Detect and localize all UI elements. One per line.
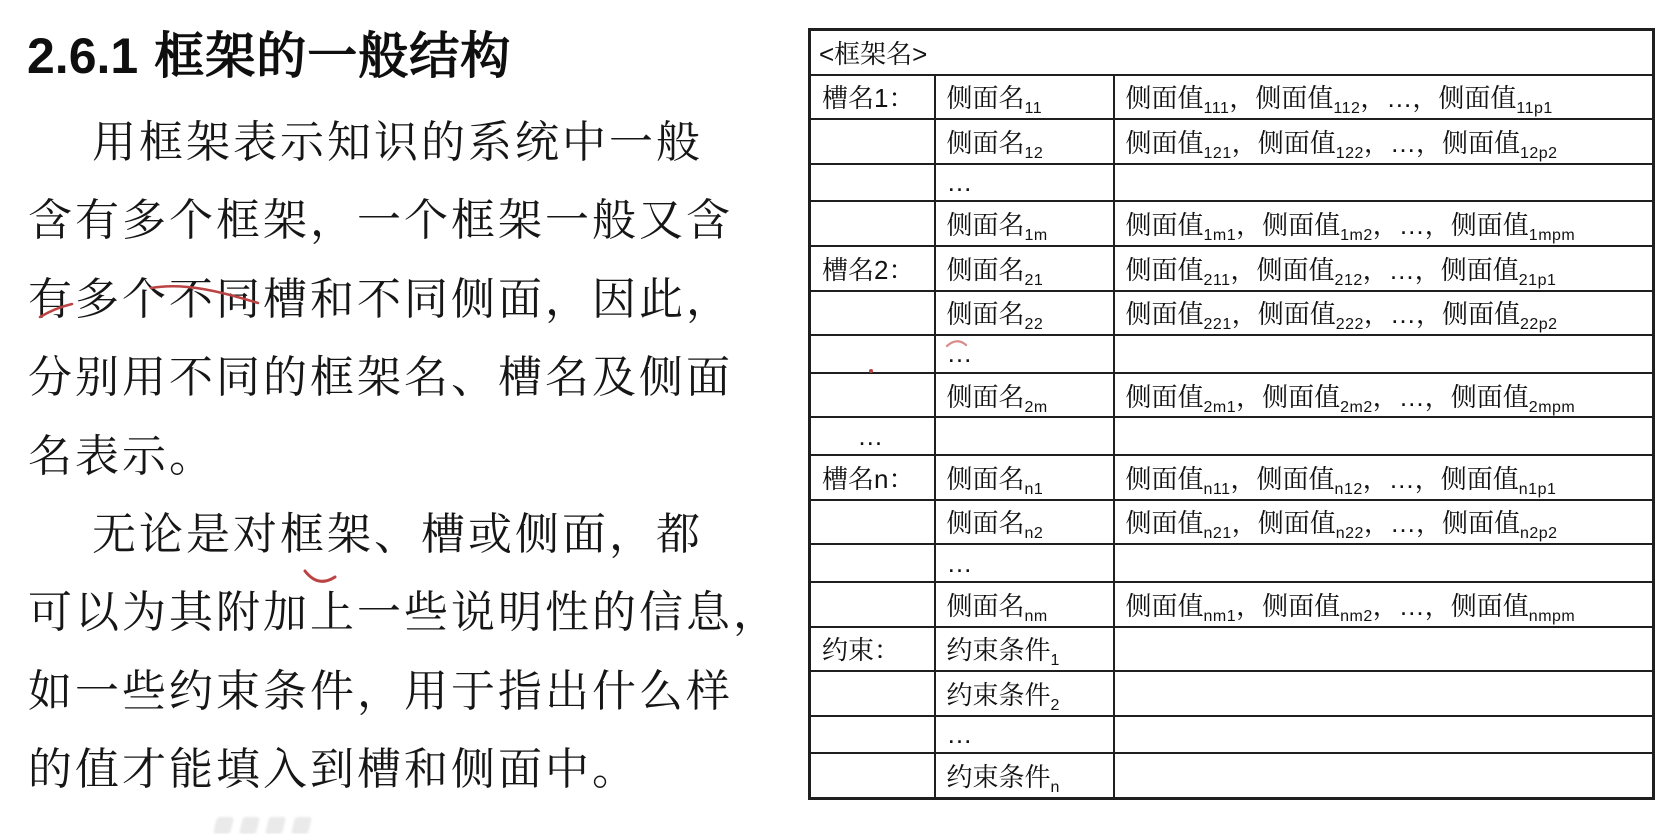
table-cell-facet-values bbox=[1114, 671, 1654, 716]
table-row: 侧面名2m侧面值2m1，侧面值2m2，…，侧面值2mpm bbox=[810, 373, 1654, 418]
table-row: 约束条件n bbox=[810, 753, 1654, 798]
table-row: 约束：约束条件1 bbox=[810, 627, 1654, 672]
subscript: n2p2 bbox=[1520, 525, 1558, 542]
subscript: n12 bbox=[1335, 481, 1363, 498]
table-cell-facet-values bbox=[1114, 544, 1654, 582]
table-cell-facet-values bbox=[1114, 335, 1654, 373]
subscript: n2 bbox=[1025, 525, 1044, 542]
watermark-shape bbox=[213, 817, 234, 834]
subscript: n11 bbox=[1204, 481, 1231, 498]
subscript: 1 bbox=[1051, 652, 1060, 669]
subscript: 122 bbox=[1336, 145, 1364, 162]
table-cell-facet-name: 约束条件n bbox=[935, 753, 1114, 798]
subscript: 2m bbox=[1025, 399, 1048, 416]
table-cell-facet-name: … bbox=[935, 164, 1114, 202]
table-row: … bbox=[810, 417, 1654, 455]
table-row: 侧面名1m侧面值1m1，侧面值1m2，…，侧面值1mpm bbox=[810, 201, 1654, 246]
subscript: 1m bbox=[1025, 227, 1048, 244]
table-row: … bbox=[810, 335, 1654, 373]
table-cell-slot-name bbox=[810, 753, 935, 798]
table-cell-facet-name: 侧面名22 bbox=[935, 291, 1114, 336]
subscript: n bbox=[1051, 779, 1060, 796]
table-cell-facet-values bbox=[1114, 417, 1654, 455]
subscript: 222 bbox=[1336, 316, 1364, 333]
section-heading: 2.6.1框架的一般结构 bbox=[27, 16, 511, 88]
subscript: 11p1 bbox=[1516, 100, 1552, 117]
subscript: 21p1 bbox=[1519, 272, 1557, 289]
table-cell-facet-values: 侧面值221，侧面值222，…，侧面值22p2 bbox=[1114, 291, 1654, 336]
subscript: nmpm bbox=[1529, 608, 1575, 625]
subscript: 211 bbox=[1204, 272, 1231, 289]
table-cell-slot-name bbox=[810, 671, 935, 716]
table-cell-facet-values: 侧面值1m1，侧面值1m2，…，侧面值1mpm bbox=[1114, 201, 1654, 246]
table-cell-slot-name bbox=[810, 373, 935, 418]
table-cell-facet-name: 侧面名n1 bbox=[935, 455, 1114, 500]
table-cell-facet-name: 侧面名2m bbox=[935, 373, 1114, 418]
table-cell-facet-values bbox=[1114, 753, 1654, 798]
body-text: 用框架表示知识的系统中一般含有多个框架，一个框架一般又含有多个不同槽和不同侧面，… bbox=[28, 104, 812, 810]
table-row: 侧面名n2侧面值n21，侧面值n22，…，侧面值n2p2 bbox=[810, 500, 1654, 545]
table-row: … bbox=[810, 544, 1654, 582]
table-row: <框架名> bbox=[810, 30, 1654, 75]
table-row: 槽名2：侧面名21侧面值211，侧面值212，…，侧面值21p1 bbox=[810, 246, 1654, 291]
table-cell-facet-name: 侧面名nm bbox=[935, 582, 1114, 627]
frame-name-cell: <框架名> bbox=[810, 30, 1654, 75]
table-cell-facet-name: 侧面名11 bbox=[935, 75, 1114, 120]
text-line: 如一些约束条件，用于指出什么样 bbox=[28, 653, 812, 731]
section-title: 框架的一般结构 bbox=[154, 28, 511, 84]
text-line: 的值才能填入到槽和侧面中。 bbox=[28, 731, 812, 809]
text-line: 无论是对框架、槽或侧面，都 bbox=[28, 496, 812, 574]
table-row: … bbox=[810, 716, 1654, 754]
table-cell-facet-values bbox=[1114, 627, 1654, 672]
section-number: 2.6.1 bbox=[27, 28, 138, 84]
subscript: nm2 bbox=[1340, 608, 1373, 625]
table-cell-slot-name: 槽名n： bbox=[810, 455, 935, 500]
subscript: 12p2 bbox=[1520, 145, 1558, 162]
table-cell-facet-values: 侧面值nm1，侧面值nm2，…，侧面值nmpm bbox=[1114, 582, 1654, 627]
text-line: 含有多个框架，一个框架一般又含 bbox=[28, 182, 812, 260]
subscript: 221 bbox=[1204, 316, 1232, 333]
table-cell-facet-values: 侧面值n21，侧面值n22，…，侧面值n2p2 bbox=[1114, 500, 1654, 545]
table-cell-facet-name: … bbox=[935, 544, 1114, 582]
text-line: 用框架表示知识的系统中一般 bbox=[28, 104, 812, 182]
table-cell-facet-name: 侧面名1m bbox=[935, 201, 1114, 246]
table-cell-slot-name bbox=[810, 500, 935, 545]
table-cell-facet-values: 侧面值111，侧面值112，…，侧面值11p1 bbox=[1114, 75, 1654, 120]
table-cell-slot-name bbox=[810, 335, 935, 373]
table-cell-slot-name: 槽名2： bbox=[810, 246, 935, 291]
subscript: nm bbox=[1025, 608, 1048, 625]
subscript: 212 bbox=[1335, 272, 1363, 289]
table-cell-facet-values: 侧面值121，侧面值122，…，侧面值12p2 bbox=[1114, 119, 1654, 164]
text-line: 有多个不同槽和不同侧面，因此， bbox=[28, 261, 812, 339]
text-line: 名表示。 bbox=[28, 418, 812, 496]
table-cell-facet-values bbox=[1114, 164, 1654, 202]
subscript: 2 bbox=[1051, 697, 1060, 714]
table-cell-slot-name: 槽名1： bbox=[810, 75, 935, 120]
table-cell-slot-name bbox=[810, 544, 935, 582]
subscript: 1m1 bbox=[1204, 227, 1237, 244]
subscript: 2mpm bbox=[1529, 399, 1575, 416]
subscript: 121 bbox=[1204, 145, 1232, 162]
table-row: 约束条件2 bbox=[810, 671, 1654, 716]
table-cell-facet-values: 侧面值2m1，侧面值2m2，…，侧面值2mpm bbox=[1114, 373, 1654, 418]
table-cell-slot-name bbox=[810, 201, 935, 246]
watermark-shape bbox=[291, 817, 312, 834]
watermark bbox=[215, 817, 345, 834]
subscript: n1 bbox=[1025, 481, 1044, 498]
subscript: 12 bbox=[1025, 145, 1044, 162]
table-row: 槽名n：侧面名n1侧面值n11，侧面值n12，…，侧面值n1p1 bbox=[810, 455, 1654, 500]
table-cell-facet-name: 侧面名21 bbox=[935, 246, 1114, 291]
table-cell-slot-name bbox=[810, 291, 935, 336]
table-row: 侧面名nm侧面值nm1，侧面值nm2，…，侧面值nmpm bbox=[810, 582, 1654, 627]
subscript: nm1 bbox=[1204, 608, 1237, 625]
frame-structure-table: <框架名>槽名1：侧面名11侧面值111，侧面值112，…，侧面值11p1侧面名… bbox=[808, 28, 1655, 800]
table-cell-facet-name: 约束条件2 bbox=[935, 671, 1114, 716]
text-line: 分别用不同的框架名、槽名及侧面 bbox=[28, 339, 812, 417]
table-cell-facet-values bbox=[1114, 716, 1654, 754]
table-row: 侧面名12侧面值121，侧面值122，…，侧面值12p2 bbox=[810, 119, 1654, 164]
table-cell-facet-name: 约束条件1 bbox=[935, 627, 1114, 672]
table-cell-facet-name: … bbox=[935, 335, 1114, 373]
table-cell-facet-name bbox=[935, 417, 1114, 455]
table-cell-slot-name: … bbox=[810, 417, 935, 455]
table-cell-slot-name bbox=[810, 119, 935, 164]
subscript: 11 bbox=[1025, 100, 1043, 117]
table-cell-facet-name: 侧面名12 bbox=[935, 119, 1114, 164]
table-cell-facet-name: … bbox=[935, 716, 1114, 754]
subscript: 22p2 bbox=[1520, 316, 1558, 333]
table-cell-slot-name: 约束： bbox=[810, 627, 935, 672]
table-cell-slot-name bbox=[810, 164, 935, 202]
subscript: 1m2 bbox=[1340, 227, 1373, 244]
subscript: 2m1 bbox=[1204, 399, 1237, 416]
subscript: n21 bbox=[1204, 525, 1232, 542]
subscript: n1p1 bbox=[1519, 481, 1557, 498]
subscript: 111 bbox=[1204, 100, 1230, 117]
table-cell-facet-values: 侧面值211，侧面值212，…，侧面值21p1 bbox=[1114, 246, 1654, 291]
subscript: n22 bbox=[1336, 525, 1364, 542]
table-row: 侧面名22侧面值221，侧面值222，…，侧面值22p2 bbox=[810, 291, 1654, 336]
subscript: 2m2 bbox=[1340, 399, 1373, 416]
watermark-shape bbox=[239, 817, 260, 834]
watermark-shape bbox=[265, 817, 286, 834]
text-line: 可以为其附加上一些说明性的信息， bbox=[28, 574, 812, 652]
table-cell-slot-name bbox=[810, 582, 935, 627]
table-row: … bbox=[810, 164, 1654, 202]
textbook-page: 2.6.1框架的一般结构 用框架表示知识的系统中一般含有多个框架，一个框架一般又… bbox=[0, 0, 1659, 834]
table-cell-facet-name: 侧面名n2 bbox=[935, 500, 1114, 545]
table-cell-slot-name bbox=[810, 716, 935, 754]
subscript: 22 bbox=[1025, 316, 1044, 333]
table-row: 槽名1：侧面名11侧面值111，侧面值112，…，侧面值11p1 bbox=[810, 75, 1654, 120]
table-cell-facet-values: 侧面值n11，侧面值n12，…，侧面值n1p1 bbox=[1114, 455, 1654, 500]
subscript: 112 bbox=[1333, 100, 1360, 117]
subscript: 1mpm bbox=[1529, 227, 1575, 244]
subscript: 21 bbox=[1025, 272, 1044, 289]
